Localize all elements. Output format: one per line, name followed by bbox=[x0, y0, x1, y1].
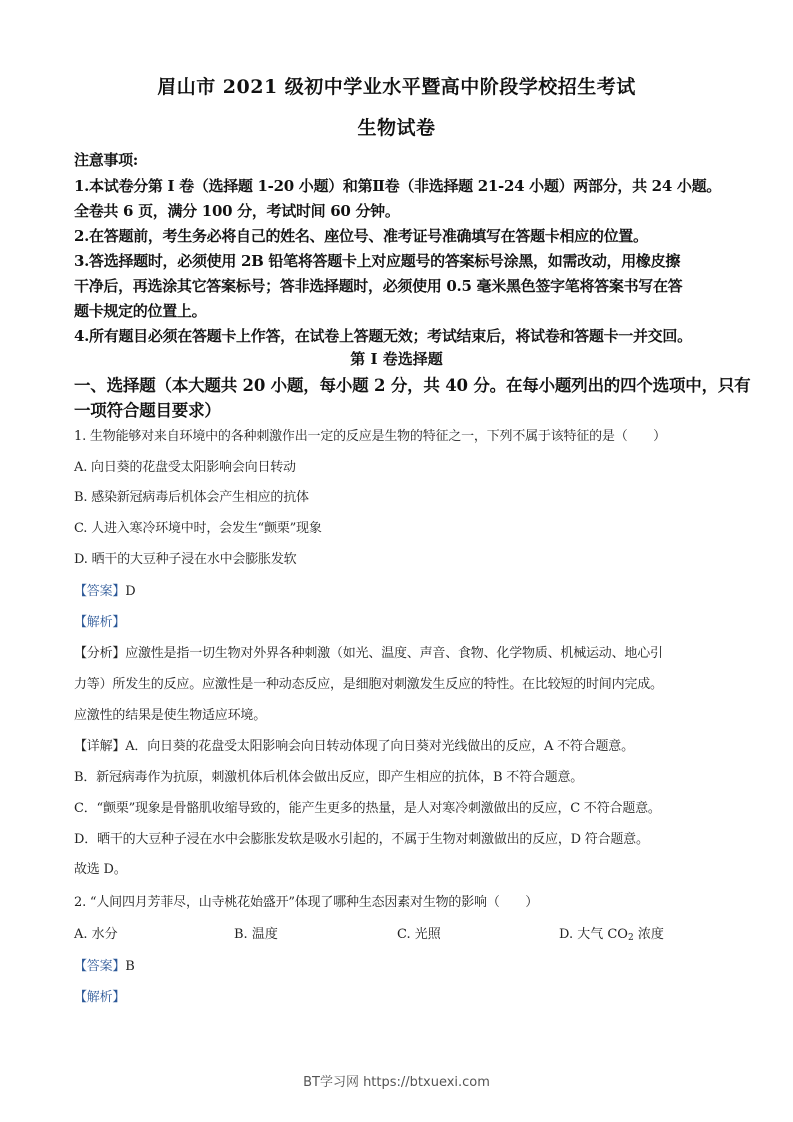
notice-line: 2.在答题前，考生务必将自己的姓名、座位号、准考证号准确填写在答题卡相应的位置。 bbox=[74, 225, 734, 246]
fenxi-label: 【分析】 bbox=[74, 646, 125, 661]
question-1-stem: 1. 生物能够对来自环境中的各种刺激作出一定的反应是生物的特征之一，下列不属于该… bbox=[74, 425, 734, 444]
footer-watermark: BT学习网 https://btxuexi.com bbox=[0, 1071, 793, 1090]
question-2-option-a: A. 水分 bbox=[74, 923, 118, 942]
analysis-label: 【解析】 bbox=[74, 615, 125, 630]
section-heading: 一、选择题（本大题共 20 小题，每小题 2 分，共 40 分。在每小题列出的四… bbox=[74, 372, 734, 396]
document-title: 眉山市 2021 级初中学业水平暨高中阶段学校招生考试 bbox=[0, 72, 793, 99]
question-2-analysis-label: 【解析】 bbox=[74, 986, 734, 1005]
fenxi-line: 力等）所发生的反应。应激性是一种动态反应，是细胞对刺激发生反应的特性。在比较短的… bbox=[74, 673, 734, 692]
question-1-option-b: B. 感染新冠病毒后机体会产生相应的抗体 bbox=[74, 486, 734, 505]
notice-line: 全卷共 6 页，满分 100 分，考试时间 60 分钟。 bbox=[74, 200, 734, 221]
answer-value: D bbox=[125, 584, 135, 599]
xiangjie-line: D．晒干的大豆种子浸在水中会膨胀发软是吸水引起的，不属于生物对刺激做出的反应，D… bbox=[74, 828, 734, 847]
notice-heading: 注意事项: bbox=[74, 149, 734, 170]
xiangjie-conclusion: 故选 D。 bbox=[74, 858, 734, 877]
answer-value: B bbox=[125, 959, 134, 974]
question-1-analysis-label: 【解析】 bbox=[74, 611, 734, 630]
option-d-text: D. 大气 CO bbox=[559, 927, 628, 942]
notice-line: 4.所有题目必须在答题卡上作答，在试卷上答题无效；考试结束后，将试卷和答题卡一并… bbox=[74, 325, 734, 346]
question-2-option-d: D. 大气 CO2 浓度 bbox=[559, 923, 664, 943]
fenxi-line: 应激性的结果是使生物适应环境。 bbox=[74, 704, 734, 723]
document-subtitle: 生物试卷 bbox=[0, 113, 793, 140]
answer-label: 【答案】 bbox=[74, 584, 125, 599]
question-2-stem: 2. “人间四月芳菲尽，山寺桃花始盛开”体现了哪种生态因素对生物的影响（ ） bbox=[74, 891, 734, 910]
question-1-option-d: D. 晒干的大豆种子浸在水中会膨胀发软 bbox=[74, 548, 734, 567]
xiangjie-text: A．向日葵的花盘受太阳影响会向日转动体现了向日葵对光线做出的反应，A 不符合题意… bbox=[125, 739, 634, 754]
xiangjie-line: 【详解】A．向日葵的花盘受太阳影响会向日转动体现了向日葵对光线做出的反应，A 不… bbox=[74, 735, 734, 754]
xiangjie-line: C．“颤栗”现象是骨骼肌收缩导致的，能产生更多的热量，是人对寒冷刺激做出的反应，… bbox=[74, 797, 734, 816]
xiangjie-label: 【详解】 bbox=[74, 739, 125, 754]
notice-line: 1.本试卷分第 I 卷（选择题 1-20 小题）和第Ⅱ卷（非选择题 21-24 … bbox=[74, 175, 734, 196]
question-1-answer: 【答案】D bbox=[74, 580, 734, 599]
notice-line: 干净后，再选涂其它答案标号；答非选择题时，必须使用 0.5 毫米黑色签字笔将答案… bbox=[74, 275, 734, 296]
question-1-option-c: C. 人进入寒冷环境中时，会发生“颤栗”现象 bbox=[74, 517, 734, 536]
notice-line: 题卡规定的位置上。 bbox=[74, 300, 734, 321]
xiangjie-line: B．新冠病毒作为抗原，刺激机体后机体会做出反应，即产生相应的抗体，B 不符合题意… bbox=[74, 766, 734, 785]
option-d-suffix: 浓度 bbox=[634, 927, 664, 942]
analysis-label: 【解析】 bbox=[74, 990, 125, 1005]
answer-label: 【答案】 bbox=[74, 959, 125, 974]
part1-heading: 第 I 卷选择题 bbox=[0, 348, 793, 369]
fenxi-line: 【分析】应激性是指一切生物对外界各种刺激（如光、温度、声音、食物、化学物质、机械… bbox=[74, 642, 734, 661]
question-2-answer: 【答案】B bbox=[74, 955, 734, 974]
question-2-option-c: C. 光照 bbox=[397, 923, 441, 942]
document-page: 眉山市 2021 级初中学业水平暨高中阶段学校招生考试 生物试卷 注意事项: 1… bbox=[0, 0, 793, 1122]
notice-line: 3.答选择题时，必须使用 2B 铅笔将答题卡上对应题号的答案标号涂黑，如需改动，… bbox=[74, 250, 734, 271]
section-heading: 一项符合题目要求） bbox=[74, 397, 734, 421]
question-2-option-b: B. 温度 bbox=[234, 923, 278, 942]
fenxi-text: 应激性是指一切生物对外界各种刺激（如光、温度、声音、食物、化学物质、机械运动、地… bbox=[125, 646, 663, 661]
question-1-option-a: A. 向日葵的花盘受太阳影响会向日转动 bbox=[74, 456, 734, 475]
